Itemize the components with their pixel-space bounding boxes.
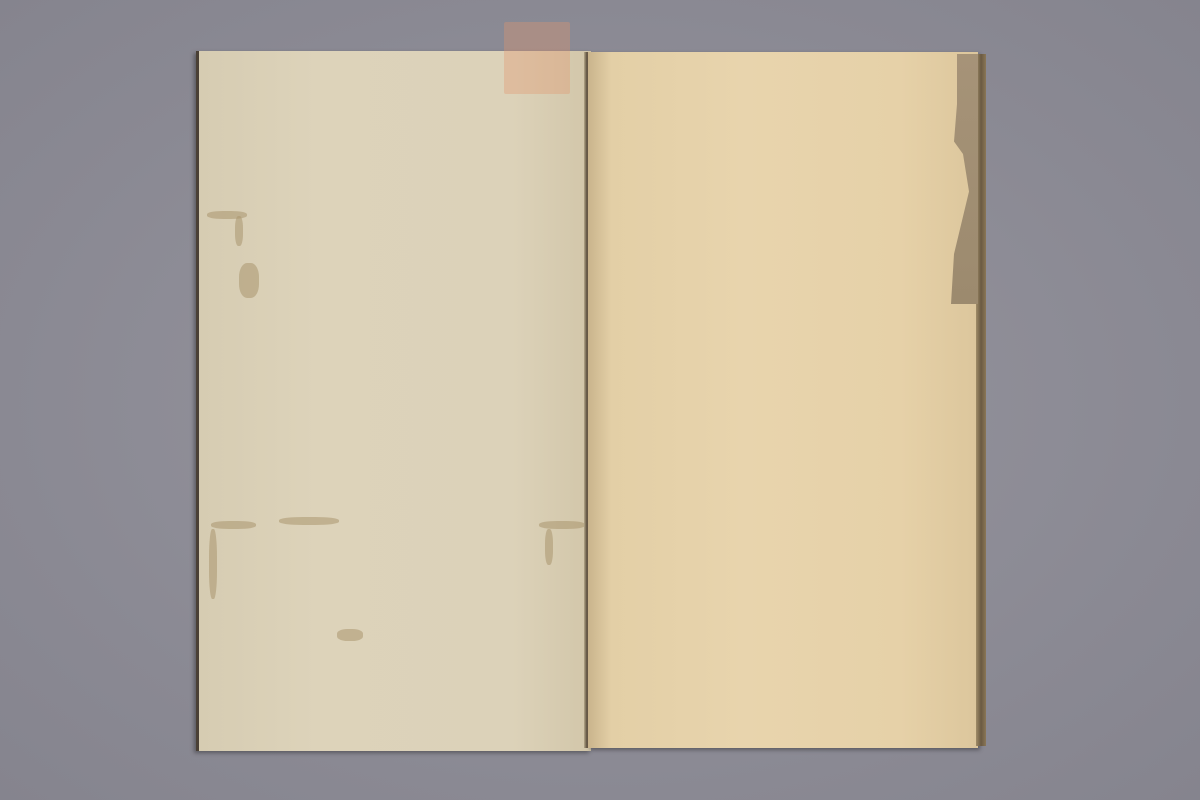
water-stain [235, 216, 243, 246]
water-stain [545, 529, 553, 565]
water-stain [337, 629, 363, 641]
water-stain [279, 517, 339, 525]
water-stain [539, 521, 585, 529]
water-stain [211, 521, 256, 529]
water-stain [239, 263, 259, 298]
seal-stamp [504, 22, 570, 94]
water-stain [209, 529, 217, 599]
left-page [196, 51, 591, 751]
right-page [588, 52, 978, 748]
